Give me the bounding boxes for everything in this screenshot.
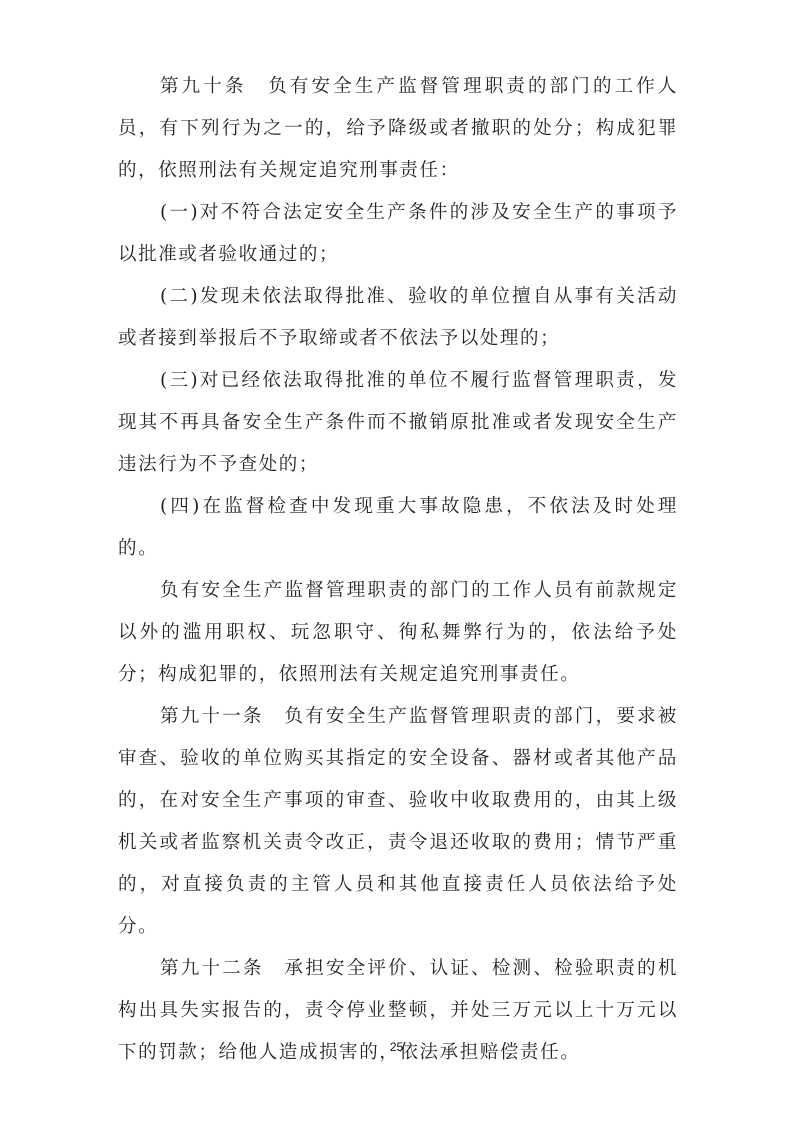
article-90-paragraph: 第九十条 负有安全生产监督管理职责的部门的工作人员，有下列行为之一的，给予降级或… <box>118 66 678 192</box>
article-90-second-clause: 负有安全生产监督管理职责的部门的工作人员有前款规定以外的滥用职权、玩忽职守、徇私… <box>118 570 678 696</box>
document-body: 第九十条 负有安全生产监督管理职责的部门的工作人员，有下列行为之一的，给予降级或… <box>118 66 678 1074</box>
article-90-item-4: (四)在监督检查中发现重大事故隐患，不依法及时处理的。 <box>118 486 678 570</box>
article-90-item-1: (一)对不符合法定安全生产条件的涉及安全生产的事项予以批准或者验收通过的； <box>118 192 678 276</box>
article-90-item-2: (二)发现未依法取得批准、验收的单位擅自从事有关活动或者接到举报后不予取缔或者不… <box>118 276 678 360</box>
article-92-paragraph: 第九十二条 承担安全评价、认证、检测、检验职责的机构出具失实报告的，责令停业整顿… <box>118 948 678 1074</box>
document-page: 第九十条 负有安全生产监督管理职责的部门的工作人员，有下列行为之一的，给予降级或… <box>0 0 793 1122</box>
page-number: 25 <box>0 1040 793 1054</box>
article-91-paragraph: 第九十一条 负有安全生产监督管理职责的部门，要求被审查、验收的单位购买其指定的安… <box>118 696 678 948</box>
article-90-item-3: (三)对已经依法取得批准的单位不履行监督管理职责，发现其不再具备安全生产条件而不… <box>118 360 678 486</box>
